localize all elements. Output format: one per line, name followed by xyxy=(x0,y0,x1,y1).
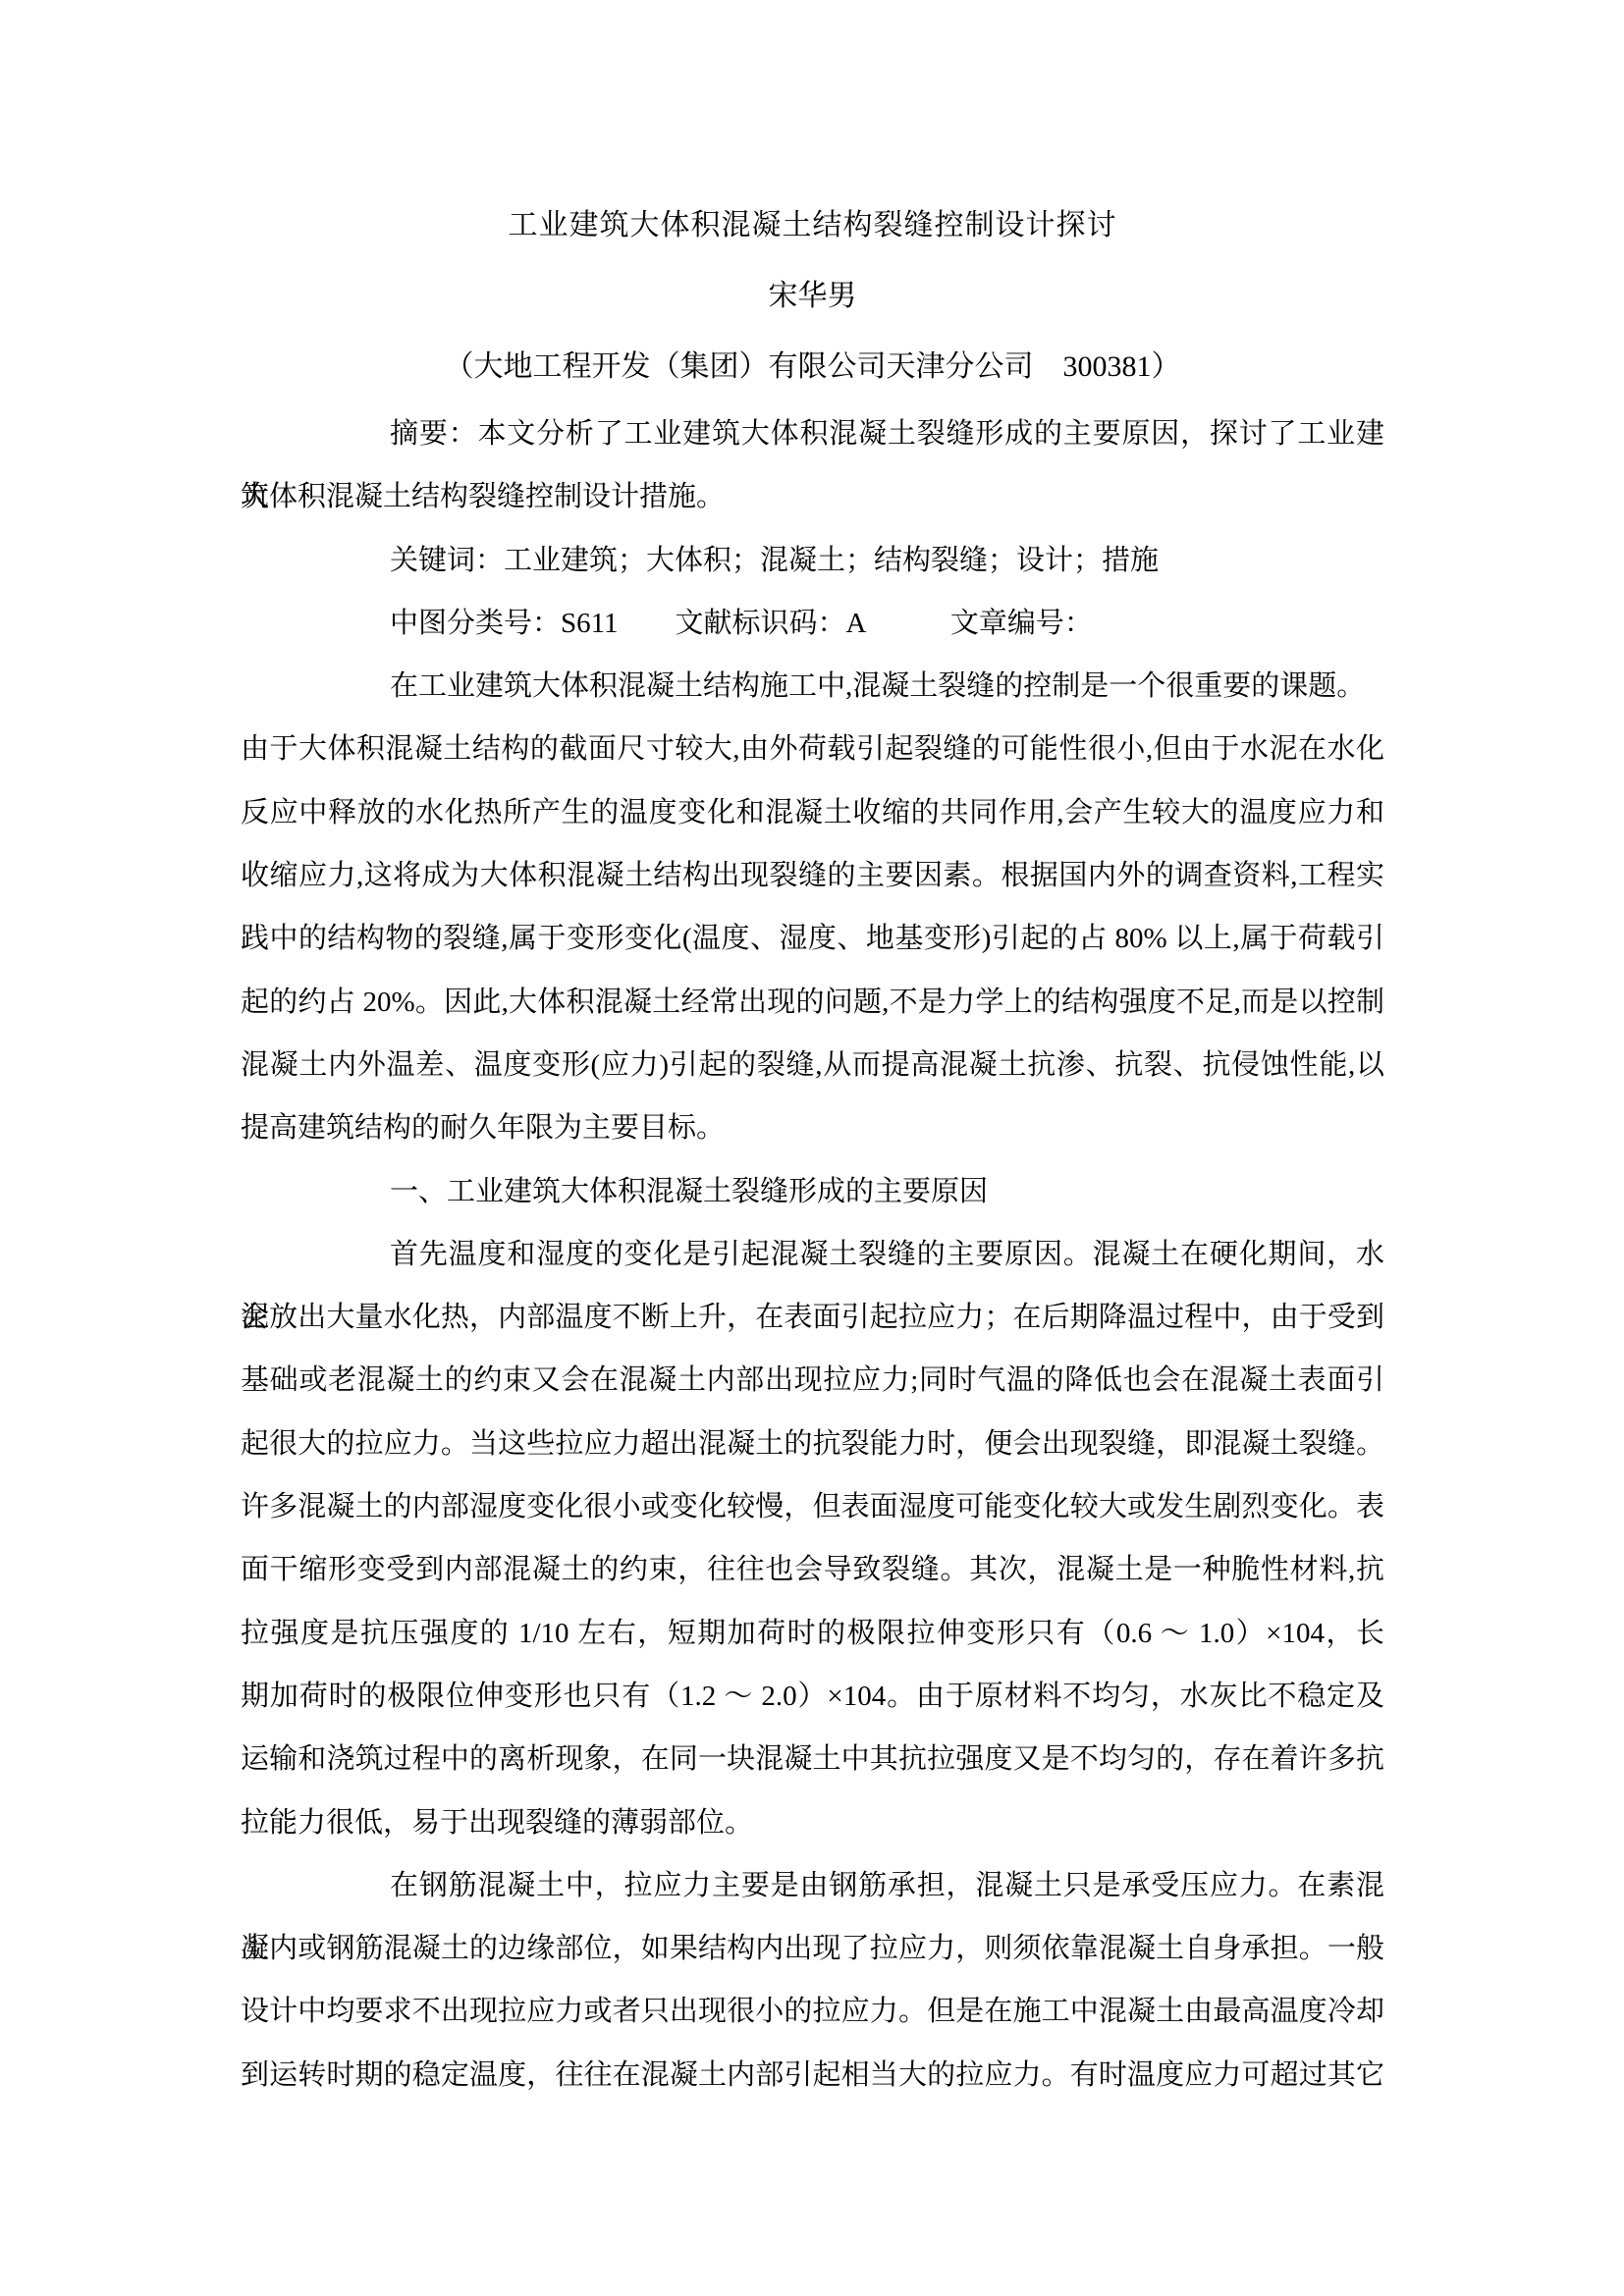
body-line: 反应中释放的水化热所产生的温度变化和混凝土收缩的共同作用,会产生较大的温度应力和 xyxy=(241,781,1384,844)
body-line: 践中的结构物的裂缝,属于变形变化(温度、湿度、地基变形)引起的占 80% 以上,… xyxy=(241,907,1384,970)
body-line: 在工业建筑大体积混凝土结构施工中,混凝土裂缝的控制是一个很重要的课题。 xyxy=(241,655,1384,718)
body-line: 起的约占 20%。因此,大体积混凝土经常出现的问题,不是力学上的结构强度不足,而… xyxy=(241,971,1384,1034)
body-line: 拉强度是抗压强度的 1/10 左右，短期加荷时的极限拉伸变形只有（0.6 ～ 1… xyxy=(241,1602,1384,1665)
document-page: 工业建筑大体积混凝土结构裂缝控制设计探讨 宋华男 （大地工程开发（集团）有限公司… xyxy=(0,0,1624,2296)
document-content: 工业建筑大体积混凝土结构裂缝控制设计探讨 宋华男 （大地工程开发（集团）有限公司… xyxy=(241,190,1384,2107)
section-heading: 一、工业建筑大体积混凝土裂缝形成的主要原因 xyxy=(241,1160,1384,1223)
paper-affiliation: （大地工程开发（集团）有限公司天津分公司 300381） xyxy=(241,332,1384,402)
body-line: 在钢筋混凝土中，拉应力主要是由钢筋承担，混凝土只是承受压应力。在素混凝 xyxy=(241,1854,1384,1917)
body-line: 起很大的拉应力。当这些拉应力超出混凝土的抗裂能力时，便会出现裂缝，即混凝土裂缝。 xyxy=(241,1413,1384,1475)
paper-title: 工业建筑大体积混凝土结构裂缝控制设计探讨 xyxy=(241,190,1384,261)
body-line: 许多混凝土的内部湿度变化很小或变化较慢，但表面湿度可能变化较大或发生剧烈变化。表 xyxy=(241,1475,1384,1538)
body-line: 基础或老混凝土的约束又会在混凝土内部出现拉应力;同时气温的降低也会在混凝土表面引 xyxy=(241,1349,1384,1412)
body-line: 首先温度和湿度的变化是引起混凝土裂缝的主要原因。混凝土在硬化期间，水泥 xyxy=(241,1223,1384,1286)
body-line: 期加荷时的极限位伸变形也只有（1.2 ～ 2.0）×104。由于原材料不均匀，水… xyxy=(241,1665,1384,1728)
body-line: 设计中均要求不出现拉应力或者只出现很小的拉应力。但是在施工中混凝土由最高温度冷却 xyxy=(241,1980,1384,2043)
body-line: 土内或钢筋混凝土的边缘部位，如果结构内出现了拉应力，则须依靠混凝土自身承担。一般 xyxy=(241,1917,1384,1980)
body-line: 提高建筑结构的耐久年限为主要目标。 xyxy=(241,1096,1384,1159)
body-line: 由于大体积混凝土结构的截面尺寸较大,由外荷载引起裂缝的可能性很小,但由于水泥在水… xyxy=(241,718,1384,780)
body-line: 会放出大量水化热，内部温度不断上升，在表面引起拉应力；在后期降温过程中，由于受到 xyxy=(241,1286,1384,1349)
keywords-line: 关键词：工业建筑；大体积；混凝土；结构裂缝；设计；措施 xyxy=(241,529,1384,592)
body-line: 运输和浇筑过程中的离析现象，在同一块混凝土中其抗拉强度又是不均匀的，存在着许多抗 xyxy=(241,1728,1384,1790)
paper-author: 宋华男 xyxy=(241,261,1384,332)
classification-line: 中图分类号：S611 文献标识码：A 文章编号： xyxy=(241,592,1384,655)
body-line: 到运转时期的稳定温度，往往在混凝土内部引起相当大的拉应力。有时温度应力可超过其它 xyxy=(241,2044,1384,2107)
body-line: 面干缩形变受到内部混凝土的约束，往往也会导致裂缝。其次，混凝土是一种脆性材料,抗 xyxy=(241,1538,1384,1601)
abstract-line: 摘要：本文分析了工业建筑大体积混凝土裂缝形成的主要原因，探讨了工业建筑 xyxy=(241,402,1384,465)
body-line: 拉能力很低，易于出现裂缝的薄弱部位。 xyxy=(241,1791,1384,1854)
abstract-line: 大体积混凝土结构裂缝控制设计措施。 xyxy=(241,465,1384,528)
body-line: 混凝土内外温差、温度变形(应力)引起的裂缝,从而提高混凝土抗渗、抗裂、抗侵蚀性能… xyxy=(241,1034,1384,1096)
body-line: 收缩应力,这将成为大体积混凝土结构出现裂缝的主要因素。根据国内外的调查资料,工程… xyxy=(241,844,1384,907)
